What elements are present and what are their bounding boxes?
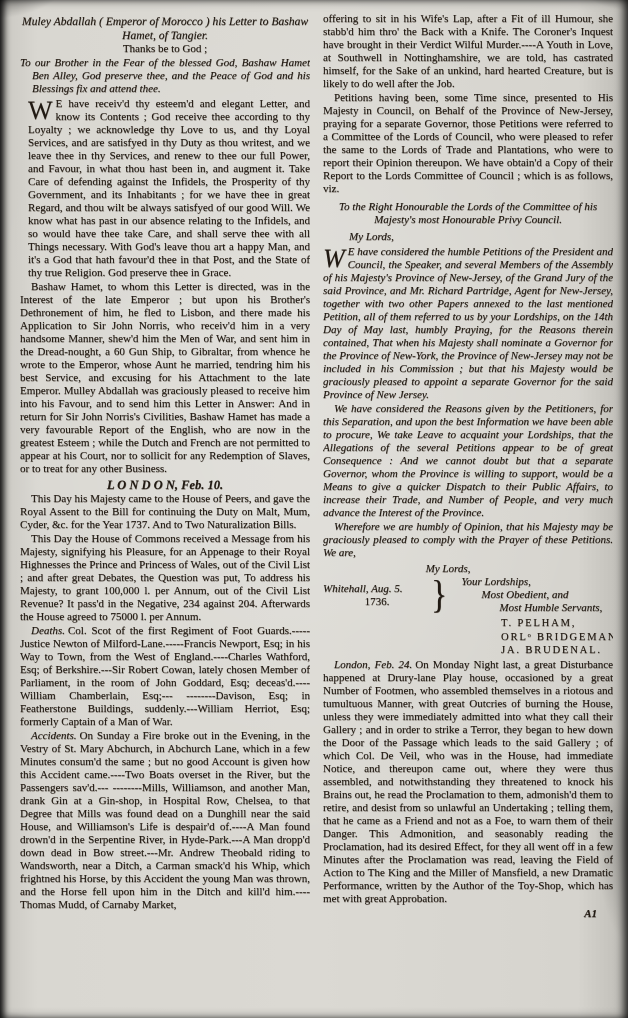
signature-my-lords: My Lords, [323, 563, 613, 576]
signature-place-date: Whitehall, Aug. 5. 1736. [323, 583, 431, 609]
signature-block: My Lords, Whitehall, Aug. 5. 1736. } You… [323, 563, 613, 658]
report-drop-cap: W [323, 246, 348, 270]
letter-body-section: ' ' ' ' ' ' ' ' ' ' ' ' ' ' ' ' ' WE hav… [20, 98, 310, 280]
report-paragraph-1-text: E have considered the humble Petitions o… [323, 246, 613, 401]
address-heading: To the Right Honourable the Lords of the… [323, 201, 613, 227]
signatory-bridgeman: ORLᵒ BRIDGEMAN, [501, 631, 613, 645]
signatories: T. PELHAM, ORLᵒ BRIDGEMAN, JA. BRUDENAL. [323, 617, 613, 658]
signatory-brudenal: JA. BRUDENAL. [501, 644, 613, 658]
deaths-label: Deaths. [31, 625, 65, 637]
letter-salutation: To our Brother in the Fear of the blesse… [20, 57, 310, 96]
closing-line-3: Most Humble Servants, [499, 602, 602, 615]
continuation-paragraph: offering to sit in his Wife's Lap, after… [323, 13, 613, 91]
signature-row: Whitehall, Aug. 5. 1736. } Your Lordship… [323, 576, 613, 615]
deaths-paragraph: Deaths.Col. Scot of the first Regiment o… [20, 625, 310, 729]
letter-body-text: E have receiv'd thy esteem'd and elegant… [28, 98, 310, 279]
news-paragraph-2: This Day the House of Commons received a… [20, 533, 310, 624]
accidents-label: Accidents. [31, 730, 77, 742]
london-heading: L O N D O N, Feb. 10. [20, 479, 310, 492]
report-paragraph-2: We have considered the Reasons given by … [323, 403, 613, 520]
accidents-paragraph: Accidents.On Sunday a Fire broke out in … [20, 730, 310, 912]
left-column: Muley Abdallah ( Emperor of Morocco ) hi… [20, 13, 310, 1018]
feb24-paragraph: London, Feb. 24.On Monday Night last, a … [323, 659, 613, 906]
right-column: offering to sit in his Wife's Lap, after… [323, 13, 613, 1018]
page-columns: Muley Abdallah ( Emperor of Morocco ) hi… [20, 13, 614, 1018]
closing-line-2: Most Obedient, and [481, 589, 602, 602]
report-salutation: My Lords, [349, 231, 613, 244]
deaths-text: Col. Scot of the first Regiment of Foot … [20, 625, 310, 728]
feb24-text: On Monday Night last, a great Disturbanc… [323, 659, 613, 905]
news-paragraph-1: This Day his Majesty came to the House o… [20, 493, 310, 532]
petitions-paragraph: Petitions having been, some Time since, … [323, 92, 613, 196]
signatory-pelham: T. PELHAM, [501, 617, 613, 631]
commentary-paragraph: Bashaw Hamet, to whom this Letter is dir… [20, 281, 310, 476]
letter-body-paragraph: WE have receiv'd thy esteem'd and elegan… [20, 98, 310, 280]
accidents-text: On Sunday a Fire broke out in the Evenin… [20, 730, 310, 911]
report-paragraph-1: WE have considered the humble Petitions … [323, 246, 613, 402]
feb24-dateline: London, Feb. 24. [334, 659, 412, 671]
signature-closing: Your Lordships, Most Obedient, and Most … [447, 576, 602, 615]
signature-year: 1736. [323, 596, 431, 609]
closing-line-1: Your Lordships, [461, 576, 602, 589]
letter-title: Muley Abdallah ( Emperor of Morocco ) hi… [20, 15, 310, 42]
thanks-line: Thanks be to God ; [20, 43, 310, 56]
brace-glyph: } [431, 578, 447, 613]
signature-place: Whitehall, Aug. 5. [323, 583, 431, 596]
report-paragraph-3: Wherefore we are humbly of Opinion, that… [323, 521, 613, 560]
letter-drop-cap: W [28, 98, 56, 122]
newspaper-page: Muley Abdallah ( Emperor of Morocco ) hi… [0, 0, 628, 1018]
signature-mark: A1 [323, 908, 613, 921]
